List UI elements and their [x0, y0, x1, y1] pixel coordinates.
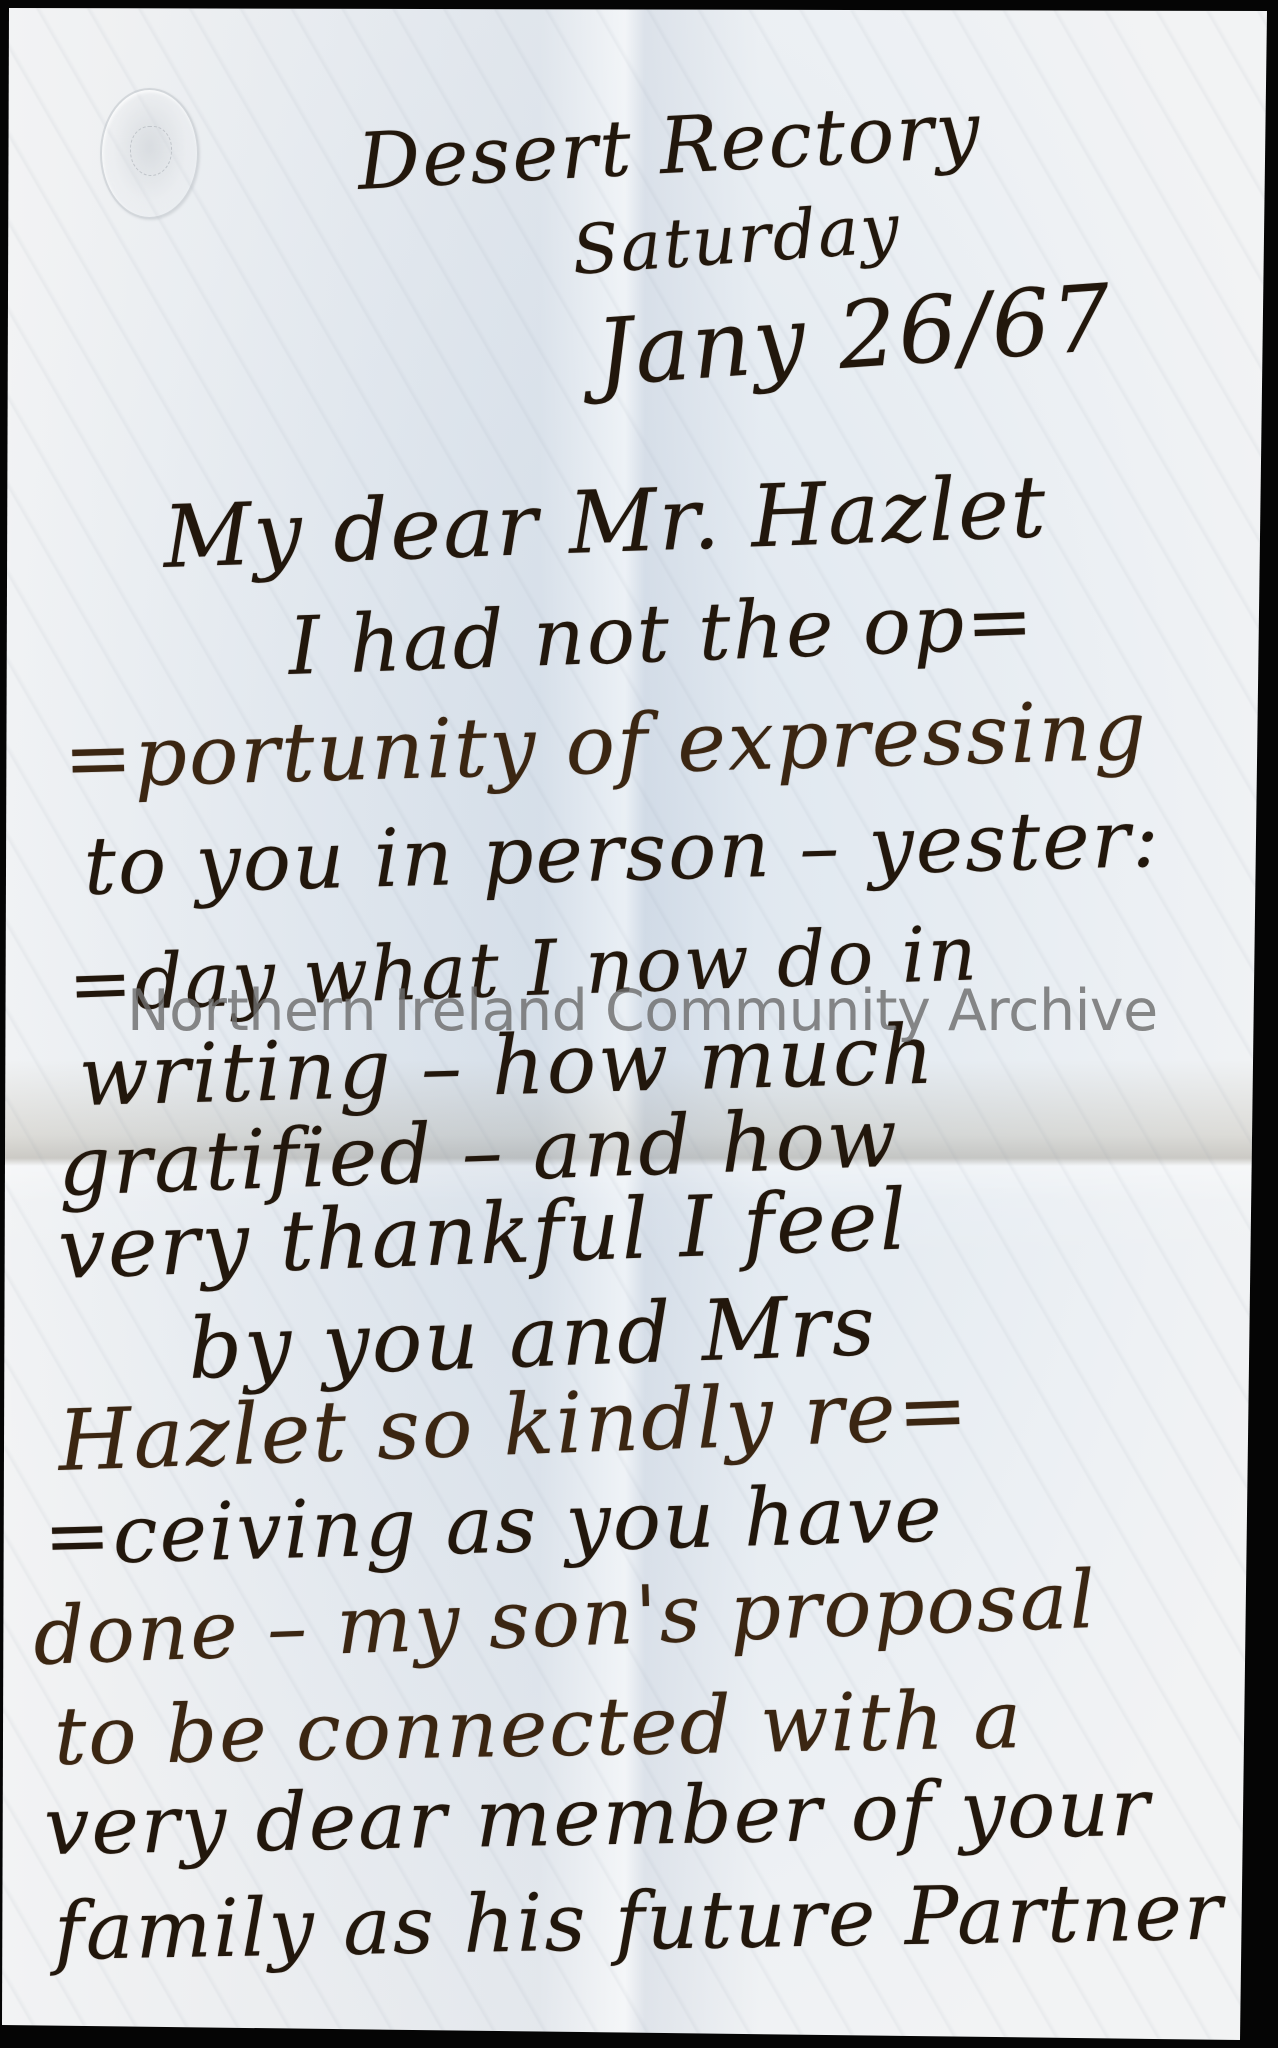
letter-line: very dear member of your [43, 1761, 1151, 1873]
embossed-seal-icon [100, 88, 199, 219]
archive-watermark: Northern Ireland Community Archive [127, 983, 1149, 1040]
crest-icon [130, 126, 172, 176]
